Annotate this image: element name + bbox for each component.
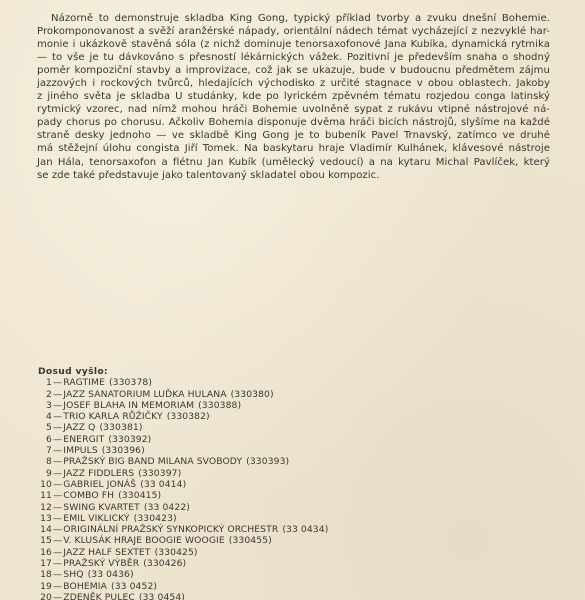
release-dash: — <box>53 524 62 535</box>
paragraph-line: pady chorus po chorusu. Ačkoliv Bohemia … <box>37 116 550 129</box>
release-title: COMBO FH <box>63 490 114 501</box>
release-title: V. KLUSÁK HRAJE BOOGIE WOOGIE <box>63 535 224 546</box>
release-catalog-code: (33 0454) <box>139 592 185 600</box>
release-item: 17—PRAŽSKÝ VÝBĚR(330426) <box>38 558 328 569</box>
release-title: ZDENĚK PULEC <box>63 592 135 600</box>
release-item: 9—JAZZ FIDDLERS(330397) <box>38 468 328 479</box>
release-number: 16 <box>38 547 52 558</box>
release-catalog-code: (330378) <box>109 377 152 388</box>
release-dash: — <box>53 445 62 456</box>
release-item: 14—ORIGINÁLNÍ PRAŽSKÝ SYNKOPICKÝ ORCHEST… <box>38 524 328 535</box>
release-title: SHQ <box>63 569 83 580</box>
paragraph-line: Jan Hála, tenorsaxofon a flétnu Jan Kubí… <box>37 156 550 169</box>
release-title: JOSEF BLAHA IN MEMORIAM <box>63 400 194 411</box>
release-catalog-code: (330426) <box>143 558 186 569</box>
release-dash: — <box>53 434 62 445</box>
release-number: 13 <box>38 513 52 524</box>
paragraph-line: Názorně to demonstruje skladba King Gong… <box>37 12 550 25</box>
release-dash: — <box>53 535 62 546</box>
release-catalog-code: (33 0436) <box>88 569 134 580</box>
release-title: RAGTIME <box>63 377 105 388</box>
release-title: PRAŽSKÝ BIG BAND MILANA SVOBODY <box>63 456 242 467</box>
release-dash: — <box>53 422 62 433</box>
release-title: GABRIEL JONÁŠ <box>63 479 136 490</box>
release-dash: — <box>53 558 62 569</box>
release-number: 19 <box>38 581 52 592</box>
release-item: 6—ENERGIT(330392) <box>38 434 328 445</box>
paragraph-line: poměr kompoziční stavby a improvizace, c… <box>37 64 550 77</box>
release-dash: — <box>53 456 62 467</box>
release-dash: — <box>53 389 62 400</box>
release-number: 17 <box>38 558 52 569</box>
paragraph-line: se zde také představuje jako talentovaný… <box>37 169 550 182</box>
release-dash: — <box>53 468 62 479</box>
releases-list: Dosud vyšlo: 1—RAGTIME(330378)2—JAZZ SAN… <box>38 366 328 600</box>
release-item: 15—V. KLUSÁK HRAJE BOOGIE WOOGIE(330455) <box>38 535 328 546</box>
release-item: 7—IMPULS(330396) <box>38 445 328 456</box>
release-title: TRIO KARLA RŮŽIČKY <box>63 411 162 422</box>
release-title: JAZZ FIDDLERS <box>63 468 134 479</box>
paragraph-line: z jiného světa je skladba U studánky, kd… <box>37 90 550 103</box>
release-title: BOHEMIA <box>63 581 107 592</box>
release-catalog-code: (330397) <box>138 468 181 479</box>
release-item: 20—ZDENĚK PULEC(33 0454) <box>38 592 328 600</box>
release-number: 10 <box>38 479 52 490</box>
release-number: 14 <box>38 524 52 535</box>
release-dash: — <box>53 592 62 600</box>
release-dash: — <box>53 377 62 388</box>
release-title: JAZZ SANATORIUM LUĎKA HULANA <box>63 389 226 400</box>
release-catalog-code: (330455) <box>229 535 272 546</box>
release-number: 12 <box>38 502 52 513</box>
paragraph-line: jazzových i rockových tvůrců, hledajícíc… <box>37 77 550 90</box>
release-catalog-code: (330381) <box>99 422 142 433</box>
release-catalog-code: (330392) <box>108 434 151 445</box>
release-catalog-code: (33 0452) <box>111 581 157 592</box>
release-title: EMIL VIKLICKÝ <box>63 513 129 524</box>
release-number: 1 <box>38 377 52 388</box>
release-dash: — <box>53 479 62 490</box>
release-item: 2—JAZZ SANATORIUM LUĎKA HULANA(330380) <box>38 389 328 400</box>
paragraph-line: Prokomponovanost a svěží aranžérské nápa… <box>37 25 550 38</box>
release-item: 5—JAZZ Q(330381) <box>38 422 328 433</box>
liner-notes-paragraph: Názorně to demonstruje skladba King Gong… <box>37 12 550 182</box>
release-title: IMPULS <box>63 445 97 456</box>
release-catalog-code: (330423) <box>134 513 177 524</box>
release-item: 18—SHQ(33 0436) <box>38 569 328 580</box>
release-dash: — <box>53 411 62 422</box>
release-dash: — <box>53 490 62 501</box>
release-dash: — <box>53 502 62 513</box>
paragraph-line: — to vše je tu dávkováno s přesností lék… <box>37 51 550 64</box>
release-number: 2 <box>38 389 52 400</box>
release-item: 3—JOSEF BLAHA IN MEMORIAM(330388) <box>38 400 328 411</box>
release-dash: — <box>53 581 62 592</box>
release-title: JAZZ Q <box>63 422 95 433</box>
release-catalog-code: (330388) <box>198 400 241 411</box>
paragraph-line: monie i ukázkově stavěná sóla (z nichž d… <box>37 38 550 51</box>
releases-heading: Dosud vyšlo: <box>38 366 328 377</box>
release-dash: — <box>53 569 62 580</box>
release-item: 12—SWING KVARTET(33 0422) <box>38 502 328 513</box>
release-title: JAZZ HALF SEXTET <box>63 547 150 558</box>
release-catalog-code: (33 0422) <box>144 502 190 513</box>
release-item: 8—PRAŽSKÝ BIG BAND MILANA SVOBODY(330393… <box>38 456 328 467</box>
release-number: 6 <box>38 434 52 445</box>
release-catalog-code: (33 0414) <box>140 479 186 490</box>
release-catalog-code: (330382) <box>167 411 210 422</box>
release-dash: — <box>53 547 62 558</box>
release-number: 15 <box>38 535 52 546</box>
release-item: 4—TRIO KARLA RŮŽIČKY(330382) <box>38 411 328 422</box>
release-catalog-code: (330393) <box>246 456 289 467</box>
release-catalog-code: (330415) <box>118 490 161 501</box>
release-catalog-code: (330380) <box>231 389 274 400</box>
release-number: 7 <box>38 445 52 456</box>
paragraph-line: má stěžejní úlohu congista Jiří Tomek. N… <box>37 142 550 155</box>
release-number: 3 <box>38 400 52 411</box>
release-item: 19—BOHEMIA(33 0452) <box>38 581 328 592</box>
release-title: ENERGIT <box>63 434 104 445</box>
release-number: 8 <box>38 456 52 467</box>
release-item: 10—GABRIEL JONÁŠ(33 0414) <box>38 479 328 490</box>
release-dash: — <box>53 513 62 524</box>
release-item: 13—EMIL VIKLICKÝ(330423) <box>38 513 328 524</box>
release-title: SWING KVARTET <box>63 502 140 513</box>
paragraph-line: straně desky jednoho — ve skladbě King G… <box>37 129 550 142</box>
release-number: 20 <box>38 592 52 600</box>
release-item: 16—JAZZ HALF SEXTET(330425) <box>38 547 328 558</box>
release-title: ORIGINÁLNÍ PRAŽSKÝ SYNKOPICKÝ ORCHESTR <box>63 524 278 535</box>
release-number: 9 <box>38 468 52 479</box>
release-number: 4 <box>38 411 52 422</box>
release-number: 11 <box>38 490 52 501</box>
release-item: 1—RAGTIME(330378) <box>38 377 328 388</box>
release-item: 11—COMBO FH(330415) <box>38 490 328 501</box>
release-catalog-code: (330396) <box>102 445 145 456</box>
release-catalog-code: (33 0434) <box>282 524 328 535</box>
release-catalog-code: (330425) <box>155 547 198 558</box>
release-title: PRAŽSKÝ VÝBĚR <box>63 558 139 569</box>
paragraph-line: rytmický vzorec, nad nímž mohou hráči Bo… <box>37 103 550 116</box>
release-number: 18 <box>38 569 52 580</box>
release-number: 5 <box>38 422 52 433</box>
release-dash: — <box>53 400 62 411</box>
